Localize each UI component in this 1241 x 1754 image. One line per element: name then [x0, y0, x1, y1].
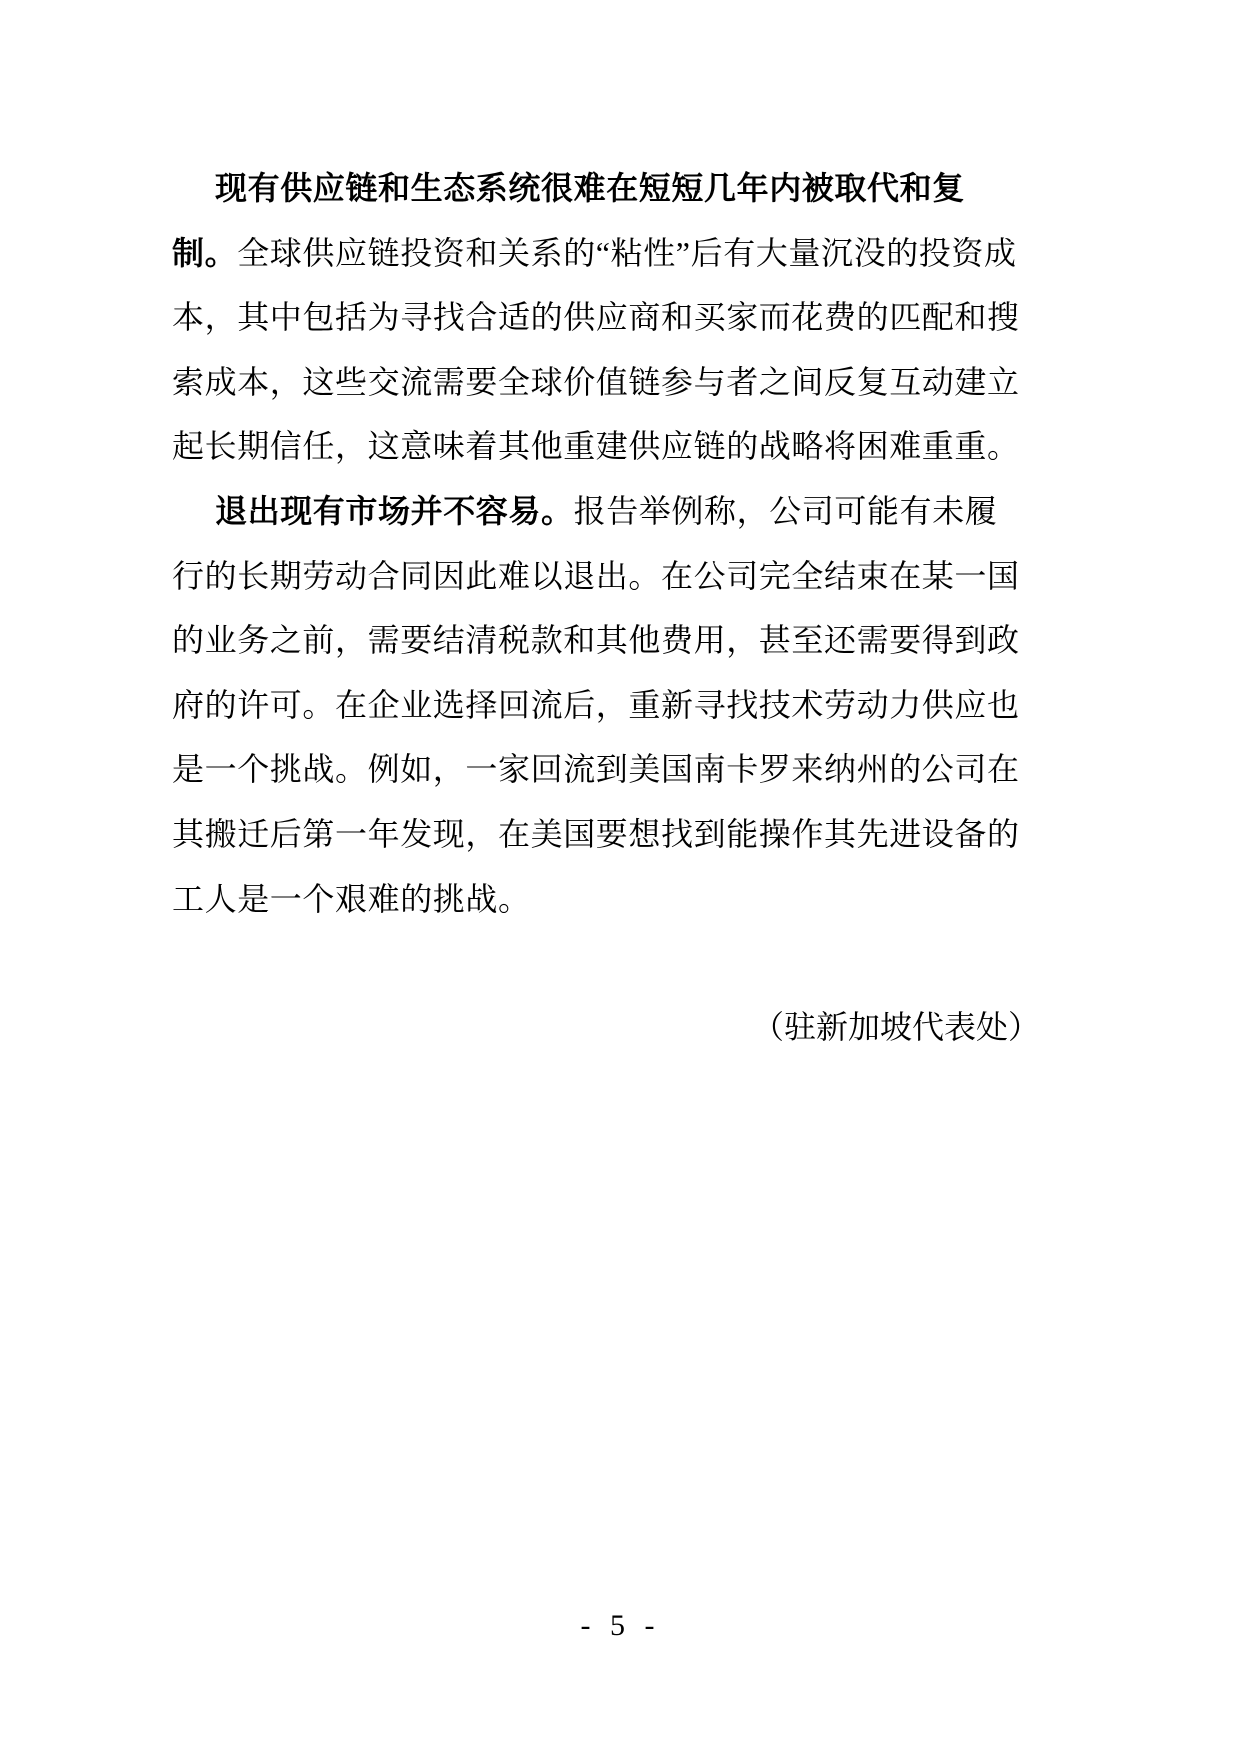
text-segment: 其搬迁后第一年发现，在美国要想找到能操作其先进设备的 [172, 816, 1020, 852]
paragraph-2-line-1: 退出现有市场并不容易。报告举例称，公司可能有未履 [172, 479, 1050, 544]
paragraph-2-line-2: 行的长期劳动合同因此难以退出。在公司完全结束在某一国 [172, 544, 1050, 609]
page-number: - 5 - [0, 1604, 1241, 1648]
attribution: （驻新加坡代表处） [172, 995, 1050, 1060]
paragraph-2-line-3: 的业务之前，需要结清税款和其他费用，甚至还需要得到政 [172, 608, 1050, 673]
paragraph-1-line-1: 现有供应链和生态系统很难在短短几年内被取代和复 [172, 156, 1050, 221]
text-segment: 起长期信任，这意味着其他重建供应链的战略将困难重重。 [172, 428, 1020, 464]
document-body: 现有供应链和生态系统很难在短短几年内被取代和复制。全球供应链投资和关系的“粘性”… [172, 156, 1050, 931]
text-segment: 本，其中包括为寻找合适的供应商和买家而花费的匹配和搜 [172, 299, 1020, 335]
text-segment: 府的许可。在企业选择回流后，重新寻找技术劳动力供应也 [172, 687, 1020, 723]
text-segment: 行的长期劳动合同因此难以退出。在公司完全结束在某一国 [172, 558, 1020, 594]
paragraph-2-line-5: 是一个挑战。例如，一家回流到美国南卡罗来纳州的公司在 [172, 737, 1050, 802]
bold-text-segment: 现有供应链和生态系统很难在短短几年内被取代和复 [215, 170, 965, 206]
paragraph-2-line-6: 其搬迁后第一年发现，在美国要想找到能操作其先进设备的 [172, 802, 1050, 867]
text-segment: 报告举例称，公司可能有未履 [574, 493, 998, 529]
page-number-text: - 5 - [581, 1609, 661, 1642]
paragraph-1-line-3: 本，其中包括为寻找合适的供应商和买家而花费的匹配和搜 [172, 285, 1050, 350]
bold-text-segment: 制。 [172, 235, 237, 271]
paragraph-1-line-4: 索成本，这些交流需要全球价值链参与者之间反复互动建立 [172, 350, 1050, 415]
text-segment: 索成本，这些交流需要全球价值链参与者之间反复互动建立 [172, 364, 1020, 400]
paragraph-2-line-7: 工人是一个艰难的挑战。 [172, 867, 1050, 932]
paragraph-2-line-4: 府的许可。在企业选择回流后，重新寻找技术劳动力供应也 [172, 673, 1050, 738]
text-segment: 工人是一个艰难的挑战。 [172, 881, 531, 917]
text-segment: 全球供应链投资和关系的“粘性”后有大量沉没的投资成 [237, 235, 1016, 271]
bold-text-segment: 退出现有市场并不容易。 [215, 493, 574, 529]
paragraph-1-line-2: 制。全球供应链投资和关系的“粘性”后有大量沉没的投资成 [172, 221, 1050, 286]
paragraph-1-line-5: 起长期信任，这意味着其他重建供应链的战略将困难重重。 [172, 414, 1050, 479]
attribution-text: （驻新加坡代表处） [752, 1009, 1040, 1045]
text-segment: 的业务之前，需要结清税款和其他费用，甚至还需要得到政 [172, 622, 1020, 658]
document-page: 现有供应链和生态系统很难在短短几年内被取代和复制。全球供应链投资和关系的“粘性”… [0, 0, 1241, 1754]
text-segment: 是一个挑战。例如，一家回流到美国南卡罗来纳州的公司在 [172, 751, 1020, 787]
